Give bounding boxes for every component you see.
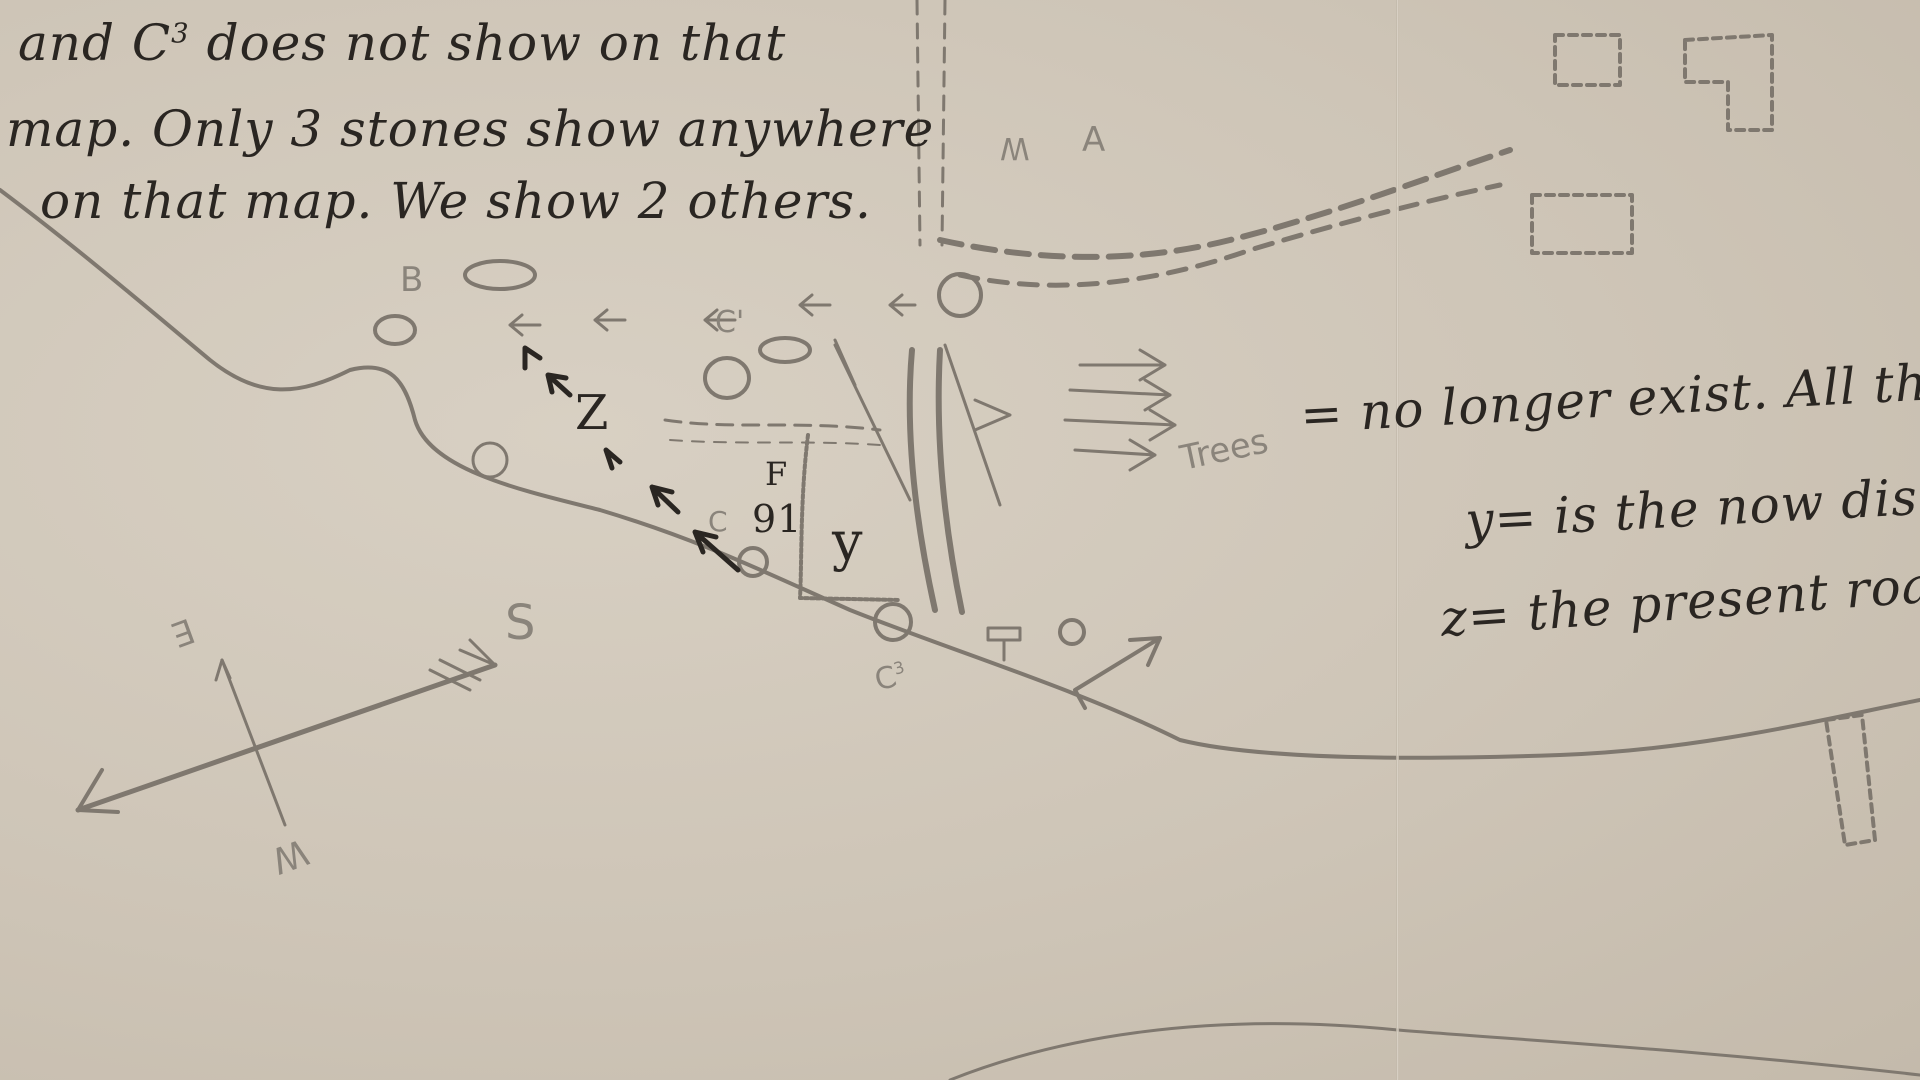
- note-line-2: map. Only 3 stones show anywhere: [6, 100, 934, 158]
- note-line-1: and C3 does not show on that: [18, 14, 786, 72]
- c-marker-label: C: [708, 505, 728, 538]
- paper-fold: [1396, 0, 1399, 1080]
- w-label: W: [1000, 130, 1030, 165]
- y-note-label: y: [1464, 490, 1496, 549]
- ne-road-upper: [940, 150, 1510, 257]
- c-prime-label: C': [715, 305, 744, 340]
- z-marker-label: Z: [575, 385, 609, 441]
- y-road-right: [939, 350, 962, 612]
- y-marker-label: y: [832, 510, 864, 573]
- dashed-path-mid-2: [670, 440, 880, 445]
- stone-top: [939, 274, 981, 316]
- building-4: [1826, 715, 1875, 845]
- a-label: A: [1082, 120, 1105, 160]
- stone-left: [473, 443, 507, 477]
- dashed-path-mid: [665, 420, 880, 430]
- stone-right: [1060, 620, 1084, 644]
- lower-curve: [950, 1024, 1920, 1080]
- building-1: [1555, 35, 1620, 85]
- t-marker: [988, 628, 1020, 660]
- ne-road-lower: [960, 185, 1500, 285]
- pencil-arrows: [510, 295, 915, 385]
- f-marker-label: F: [765, 455, 788, 493]
- diagonal-line-2: [945, 345, 1000, 505]
- compass-rose: [78, 640, 495, 825]
- stone-ellipse-2: [375, 316, 415, 344]
- c3-superscript: 3: [171, 17, 190, 49]
- note-line-3: on that map. We show 2 others.: [40, 172, 872, 230]
- compass-south-label: S: [505, 595, 535, 651]
- stone-ellipse-3: [705, 358, 749, 398]
- stone-ellipse: [465, 261, 535, 289]
- note-line-1-start: and C: [18, 14, 171, 72]
- stone-pair: [760, 338, 810, 362]
- vertical-road-right: [942, 0, 945, 245]
- y-road-left: [910, 350, 935, 610]
- note-line-1-rest: does not show on that: [207, 14, 787, 72]
- b-label: B: [400, 260, 423, 300]
- trees-group: [975, 350, 1175, 470]
- building-3: [1532, 195, 1632, 253]
- building-2: [1685, 35, 1772, 130]
- num-marker-label: 91: [752, 497, 802, 541]
